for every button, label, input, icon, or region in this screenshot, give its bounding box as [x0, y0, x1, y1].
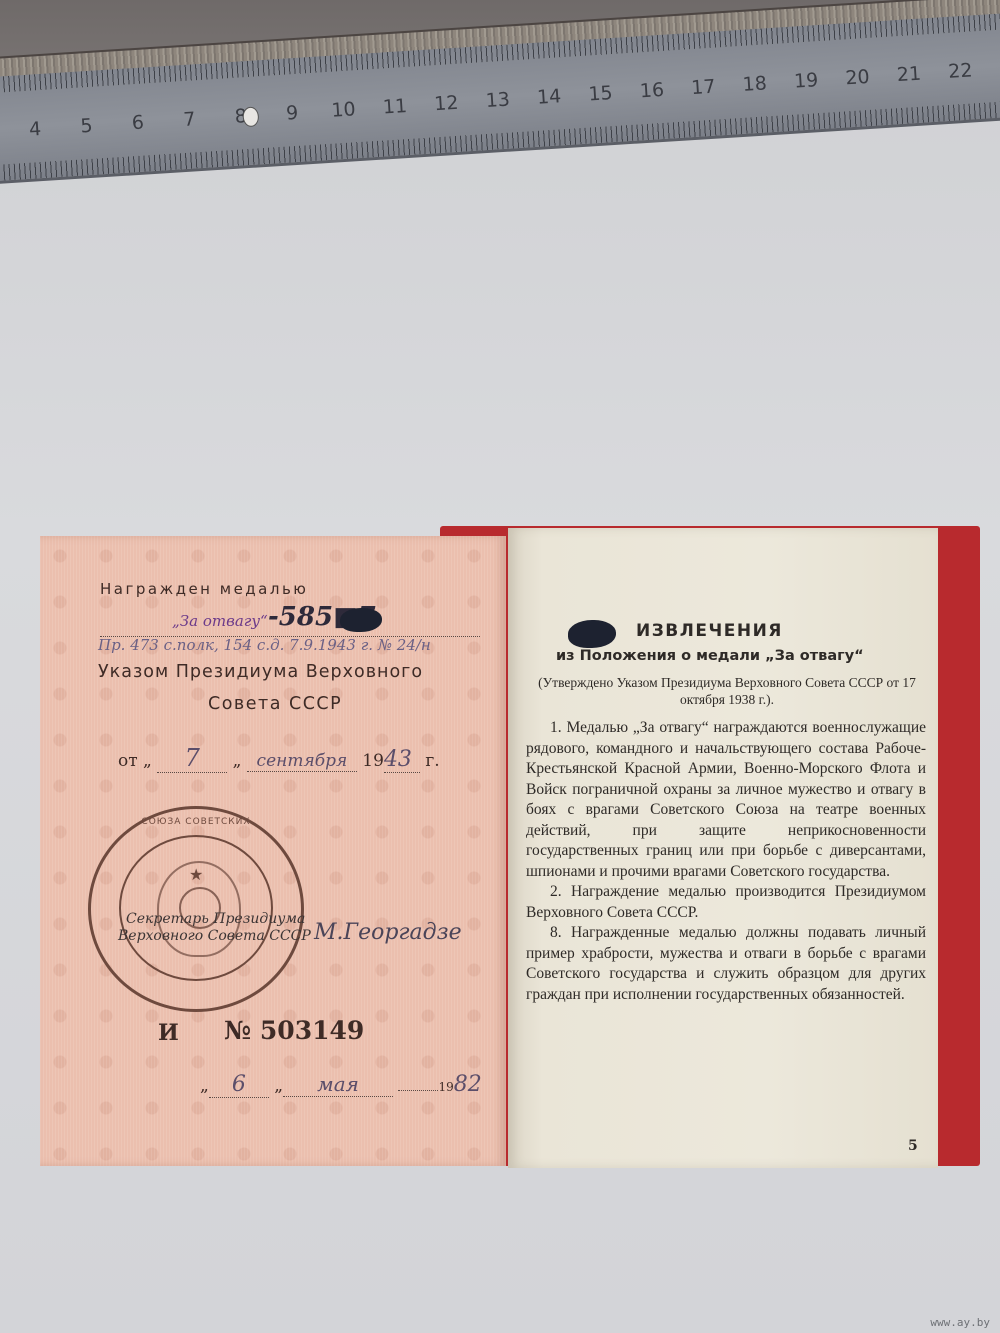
ruler-number: 19 — [793, 69, 819, 92]
ruler-number: 22 — [948, 59, 974, 82]
number-value: 503149 — [260, 1016, 364, 1045]
order-reference: Пр. 473 с.полк, 154 с.д. 7.9.1943 г. № 2… — [98, 636, 431, 654]
signature: М.Георгадзе — [314, 920, 462, 945]
ruler-number: 11 — [382, 95, 408, 118]
ruler-number: 14 — [536, 85, 562, 108]
ink-blot — [568, 620, 616, 648]
ruler-number: 15 — [588, 82, 614, 105]
seal-text: СОЮЗА СОВЕТСКИХ — [121, 817, 271, 827]
issue-day: 6 — [209, 1072, 269, 1098]
ruler-number: 21 — [896, 63, 922, 86]
issue-month: мая — [283, 1072, 393, 1097]
state-seal: СОЮЗА СОВЕТСКИХ ★ — [88, 806, 304, 1012]
left-page: Награжден медалью „За отвагу“ -585■7 Пр.… — [40, 536, 506, 1166]
statute-text: 1. Медалью „За отвагу“ награждаются воен… — [526, 718, 926, 1005]
star-icon: ★ — [189, 865, 203, 884]
date-day: 7 — [157, 744, 227, 773]
ruler-number: 20 — [845, 66, 871, 89]
series-letter: И — [158, 1020, 179, 1046]
page-number: 5 — [908, 1138, 918, 1154]
ruler-number: 6 — [131, 112, 144, 135]
medal-stamp: „За отвагу“ — [172, 612, 268, 630]
right-page: ИЗВЛЕЧЕНИЯ из Положения о медали „За отв… — [508, 528, 938, 1168]
secretary-line2: Верховного Совета СССР — [118, 928, 311, 944]
ruler-number: 7 — [183, 108, 196, 131]
certificate-number: № 503149 — [224, 1016, 364, 1045]
date-row: от „ 7 „ сентября 1943 г. — [118, 744, 440, 773]
paragraph-1: 1. Медалью „За отвагу“ награждаются воен… — [526, 718, 926, 882]
date-month: сентября — [247, 751, 357, 772]
decree-line1: Указом Президиума Верховного — [98, 662, 423, 682]
paragraph-2: 2. Награждение медалью производится През… — [526, 882, 926, 923]
paragraph-8: 8. Награжденные медалью должны подавать … — [526, 923, 926, 1005]
ruler-number: 9 — [285, 102, 298, 125]
extract-title: ИЗВЛЕЧЕНИЯ — [636, 621, 783, 641]
decree-line2: Совета СССР — [208, 694, 342, 714]
watermark: www.ay.by — [930, 1316, 990, 1329]
ruler-number: 16 — [639, 79, 665, 102]
ink-blot — [340, 608, 382, 632]
issue-year: 82 — [454, 1072, 482, 1097]
ruler-number: 18 — [742, 72, 768, 95]
ruler-number: 5 — [80, 115, 93, 138]
ruler-number: 4 — [28, 118, 41, 141]
issue-date: „6 „мая 1982 — [200, 1072, 482, 1098]
ruler-number: 13 — [485, 89, 511, 112]
ruler-hole — [242, 106, 259, 127]
ruler-number: 17 — [691, 76, 717, 99]
ruler-number: 10 — [331, 98, 357, 121]
extract-subtitle: из Положения о медали „За отвагу“ — [556, 648, 864, 664]
award-booklet: Награжден медалью „За отвагу“ -585■7 Пр.… — [40, 520, 970, 1180]
awarded-label: Награжден медалью — [100, 580, 308, 598]
approval-note: (Утверждено Указом Президиума Верховного… — [522, 674, 932, 708]
ruler-number: 12 — [434, 92, 460, 115]
secretary-line1: Секретарь Президиума — [126, 911, 305, 927]
date-year: 43 — [384, 747, 420, 773]
